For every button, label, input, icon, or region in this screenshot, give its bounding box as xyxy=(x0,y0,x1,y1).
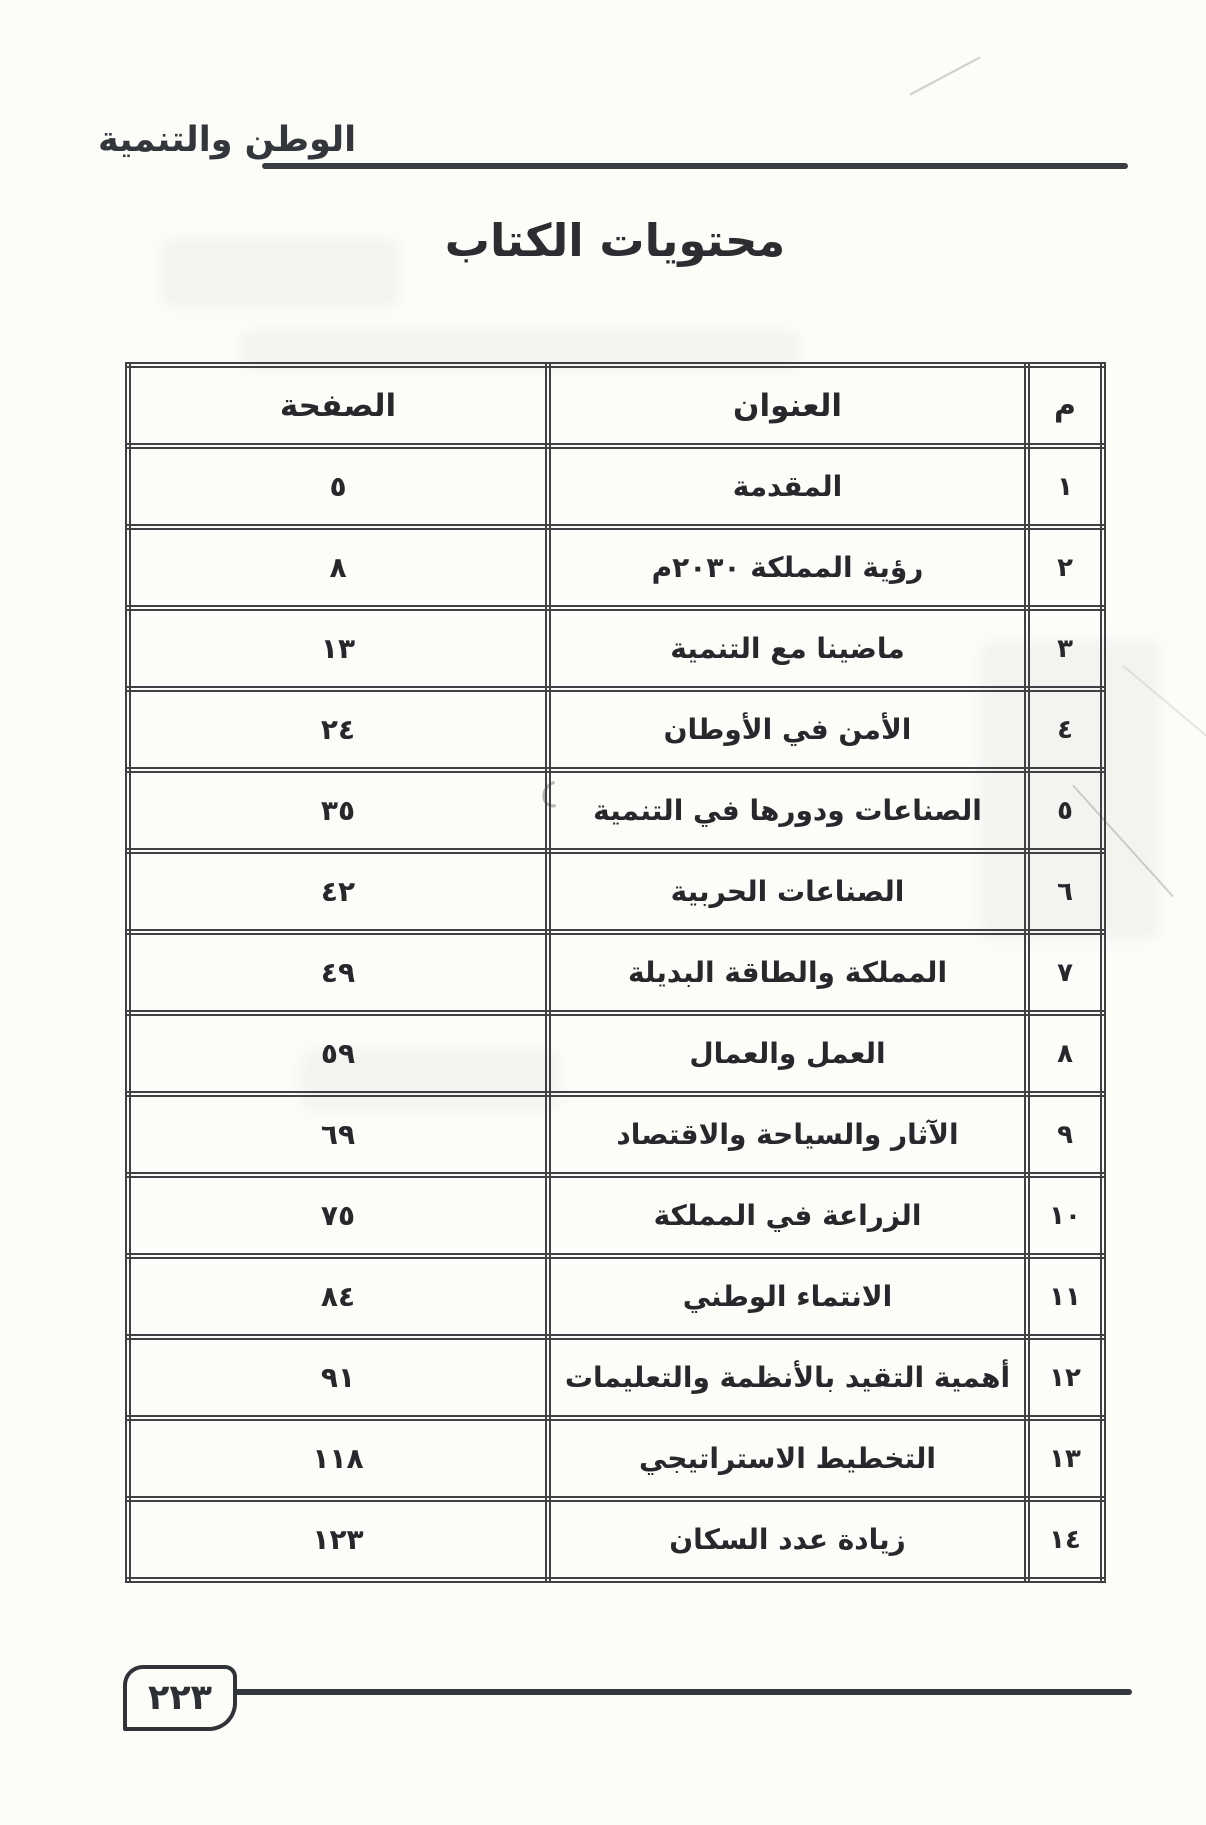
row-number-cell: ٤ xyxy=(1027,689,1103,770)
row-title-cell: العمل والعمال xyxy=(548,1013,1027,1094)
page-number-badge: ٢٢٣ xyxy=(123,1665,237,1731)
row-title-cell: الأمن في الأوطان xyxy=(548,689,1027,770)
row-title-cell: الآثار والسياحة والاقتصاد xyxy=(548,1094,1027,1175)
row-page-cell: ٩١ xyxy=(128,1337,548,1418)
header-number: م xyxy=(1027,365,1103,446)
row-number-cell: ١٠ xyxy=(1027,1175,1103,1256)
table-of-contents: م العنوان الصفحة ١ المقدمة ٥ ٢ رؤية المم… xyxy=(125,362,1106,1583)
row-number-cell: ٢ xyxy=(1027,527,1103,608)
row-number-cell: ١٤ xyxy=(1027,1499,1103,1580)
header-title: العنوان xyxy=(548,365,1027,446)
row-number-cell: ١٢ xyxy=(1027,1337,1103,1418)
table-row: ٨ العمل والعمال ٥٩ xyxy=(128,1013,1103,1094)
row-number-cell: ٥ xyxy=(1027,770,1103,851)
row-title-cell: التخطيط الاستراتيجي xyxy=(548,1418,1027,1499)
table-row: ١٤ زيادة عدد السكان ١٢٣ xyxy=(128,1499,1103,1580)
page-title: محتويات الكتاب xyxy=(12,214,1206,267)
toc-header: م العنوان الصفحة xyxy=(128,365,1103,446)
row-page-cell: ٧٥ xyxy=(128,1175,548,1256)
table-row: ٦ الصناعات الحربية ٤٢ xyxy=(128,851,1103,932)
row-page-cell: ٢٤ xyxy=(128,689,548,770)
row-title-cell: زيادة عدد السكان xyxy=(548,1499,1027,1580)
footer-rule-line xyxy=(226,1689,1132,1695)
table-row: ١ المقدمة ٥ xyxy=(128,446,1103,527)
table-row: ١٣ التخطيط الاستراتيجي ١١٨ xyxy=(128,1418,1103,1499)
row-number-cell: ١١ xyxy=(1027,1256,1103,1337)
table-row: ٧ المملكة والطاقة البديلة ٤٩ xyxy=(128,932,1103,1013)
header-row: م العنوان الصفحة xyxy=(128,365,1103,446)
row-page-cell: ٨٤ xyxy=(128,1256,548,1337)
table-row: ٣ ماضينا مع التنمية ١٣ xyxy=(128,608,1103,689)
row-title-cell: الصناعات ودورها في التنمية xyxy=(548,770,1027,851)
row-title-cell: المقدمة xyxy=(548,446,1027,527)
table-row: ١٠ الزراعة في المملكة ٧٥ xyxy=(128,1175,1103,1256)
header-rule-line xyxy=(262,163,1128,169)
row-page-cell: ٥ xyxy=(128,446,548,527)
header-page: الصفحة xyxy=(128,365,548,446)
row-page-cell: ٨ xyxy=(128,527,548,608)
row-number-cell: ٦ xyxy=(1027,851,1103,932)
row-page-cell: ١٣ xyxy=(128,608,548,689)
crease-mark xyxy=(909,56,981,95)
row-number-cell: ١٣ xyxy=(1027,1418,1103,1499)
row-page-cell: ٤٢ xyxy=(128,851,548,932)
row-title-cell: ماضينا مع التنمية xyxy=(548,608,1027,689)
table-row: ١١ الانتماء الوطني ٨٤ xyxy=(128,1256,1103,1337)
table-row: ٥ الصناعات ودورها في التنمية ٣٥ xyxy=(128,770,1103,851)
row-page-cell: ٦٩ xyxy=(128,1094,548,1175)
row-title-cell: أهمية التقيد بالأنظمة والتعليمات xyxy=(548,1337,1027,1418)
row-number-cell: ٩ xyxy=(1027,1094,1103,1175)
table-row: ١٢ أهمية التقيد بالأنظمة والتعليمات ٩١ xyxy=(128,1337,1103,1418)
book-title-header: الوطن والتنمية xyxy=(98,120,356,160)
row-page-cell: ٣٥ xyxy=(128,770,548,851)
row-title-cell: رؤية المملكة ٢٠٣٠م xyxy=(548,527,1027,608)
row-number-cell: ١ xyxy=(1027,446,1103,527)
table-row: ٢ رؤية المملكة ٢٠٣٠م ٨ xyxy=(128,527,1103,608)
row-number-cell: ٨ xyxy=(1027,1013,1103,1094)
row-page-cell: ١٢٣ xyxy=(128,1499,548,1580)
row-title-cell: المملكة والطاقة البديلة xyxy=(548,932,1027,1013)
row-page-cell: ١١٨ xyxy=(128,1418,548,1499)
table-row: ٤ الأمن في الأوطان ٢٤ xyxy=(128,689,1103,770)
row-title-cell: الزراعة في المملكة xyxy=(548,1175,1027,1256)
row-title-cell: الصناعات الحربية xyxy=(548,851,1027,932)
row-title-cell: الانتماء الوطني xyxy=(548,1256,1027,1337)
row-page-cell: ٥٩ xyxy=(128,1013,548,1094)
row-page-cell: ٤٩ xyxy=(128,932,548,1013)
row-number-cell: ٣ xyxy=(1027,608,1103,689)
toc-rows: ١ المقدمة ٥ ٢ رؤية المملكة ٢٠٣٠م ٨ ٣ ماض… xyxy=(128,446,1103,1580)
row-number-cell: ٧ xyxy=(1027,932,1103,1013)
scanned-book-page: الوطن والتنمية محتويات الكتاب م العنوان … xyxy=(0,0,1206,1825)
table-row: ٩ الآثار والسياحة والاقتصاد ٦٩ xyxy=(128,1094,1103,1175)
